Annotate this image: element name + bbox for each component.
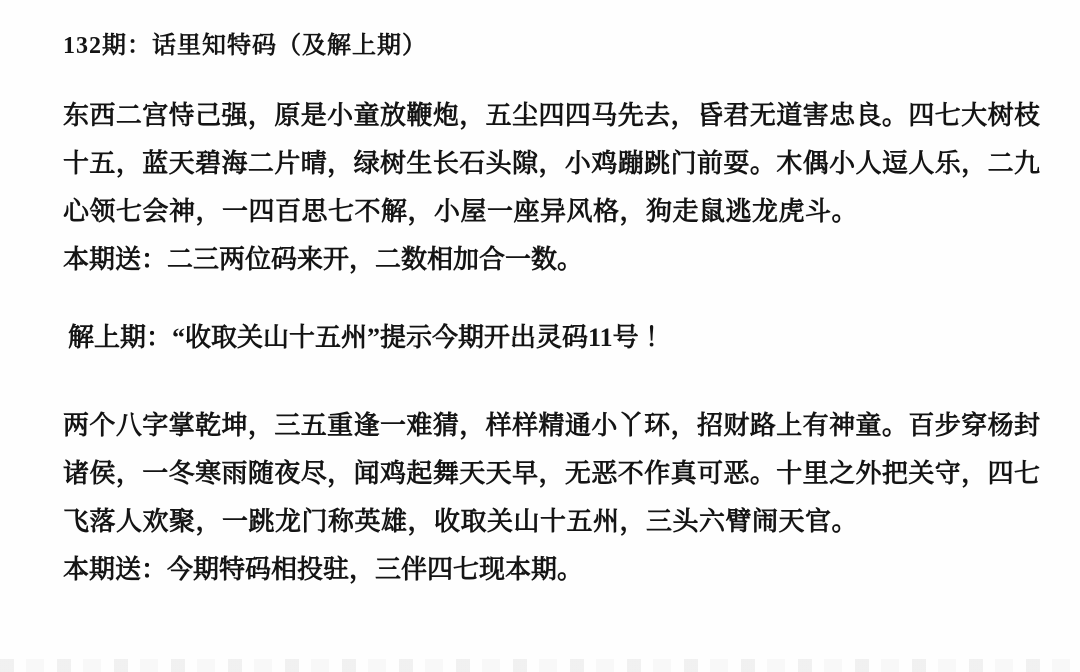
riddle-line: 两个八字掌乾坤，三五重逢一难猜，样样精通小丫环，招财路上有神童。百步穿杨封 (63, 402, 1040, 450)
document-page: 132期：话里知特码（及解上期） 东西二宫恃己强，原是小童放鞭炮，五尘四四马先去… (0, 0, 1080, 672)
riddle-line: 东西二宫恃己强，原是小童放鞭炮，五尘四四马先去，昏君无道害忠良。四七大树枝 (63, 92, 1040, 140)
page-title: 132期：话里知特码（及解上期） (63, 30, 1040, 62)
current-issue-gift-line: 本期送：二三两位码来开，二数相加合一数。 (63, 236, 1040, 284)
second-issue-gift-line: 本期送：今期特码相投驻，三伴四七现本期。 (63, 546, 1040, 594)
riddle-line: 心领七会神，一四百思七不解，小屋一座异风格，狗走鼠逃龙虎斗。 (63, 188, 1040, 236)
riddle-section-second: 两个八字掌乾坤，三五重逢一难猜，样样精通小丫环，招财路上有神童。百步穿杨封 诸侯… (63, 402, 1040, 594)
scan-noise-strip (0, 659, 1080, 672)
riddle-line: 十五，蓝天碧海二片晴，绿树生长石头隙，小鸡蹦跳门前耍。木偶小人逗人乐，二九 (63, 140, 1040, 188)
riddle-line: 诸侯，一冬寒雨随夜尽，闻鸡起舞天天早，无恶不作真可恶。十里之外把关守，四七 (63, 450, 1040, 498)
riddle-line: 飞落人欢聚，一跳龙门称英雄，收取关山十五州，三头六臂闹天官。 (63, 498, 1040, 546)
riddle-section-current: 东西二宫恃己强，原是小童放鞭炮，五尘四四马先去，昏君无道害忠良。四七大树枝 十五… (63, 92, 1040, 284)
previous-issue-solution: 解上期：“收取关山十五州”提示今期开出灵码11号 ！ (68, 314, 1040, 362)
